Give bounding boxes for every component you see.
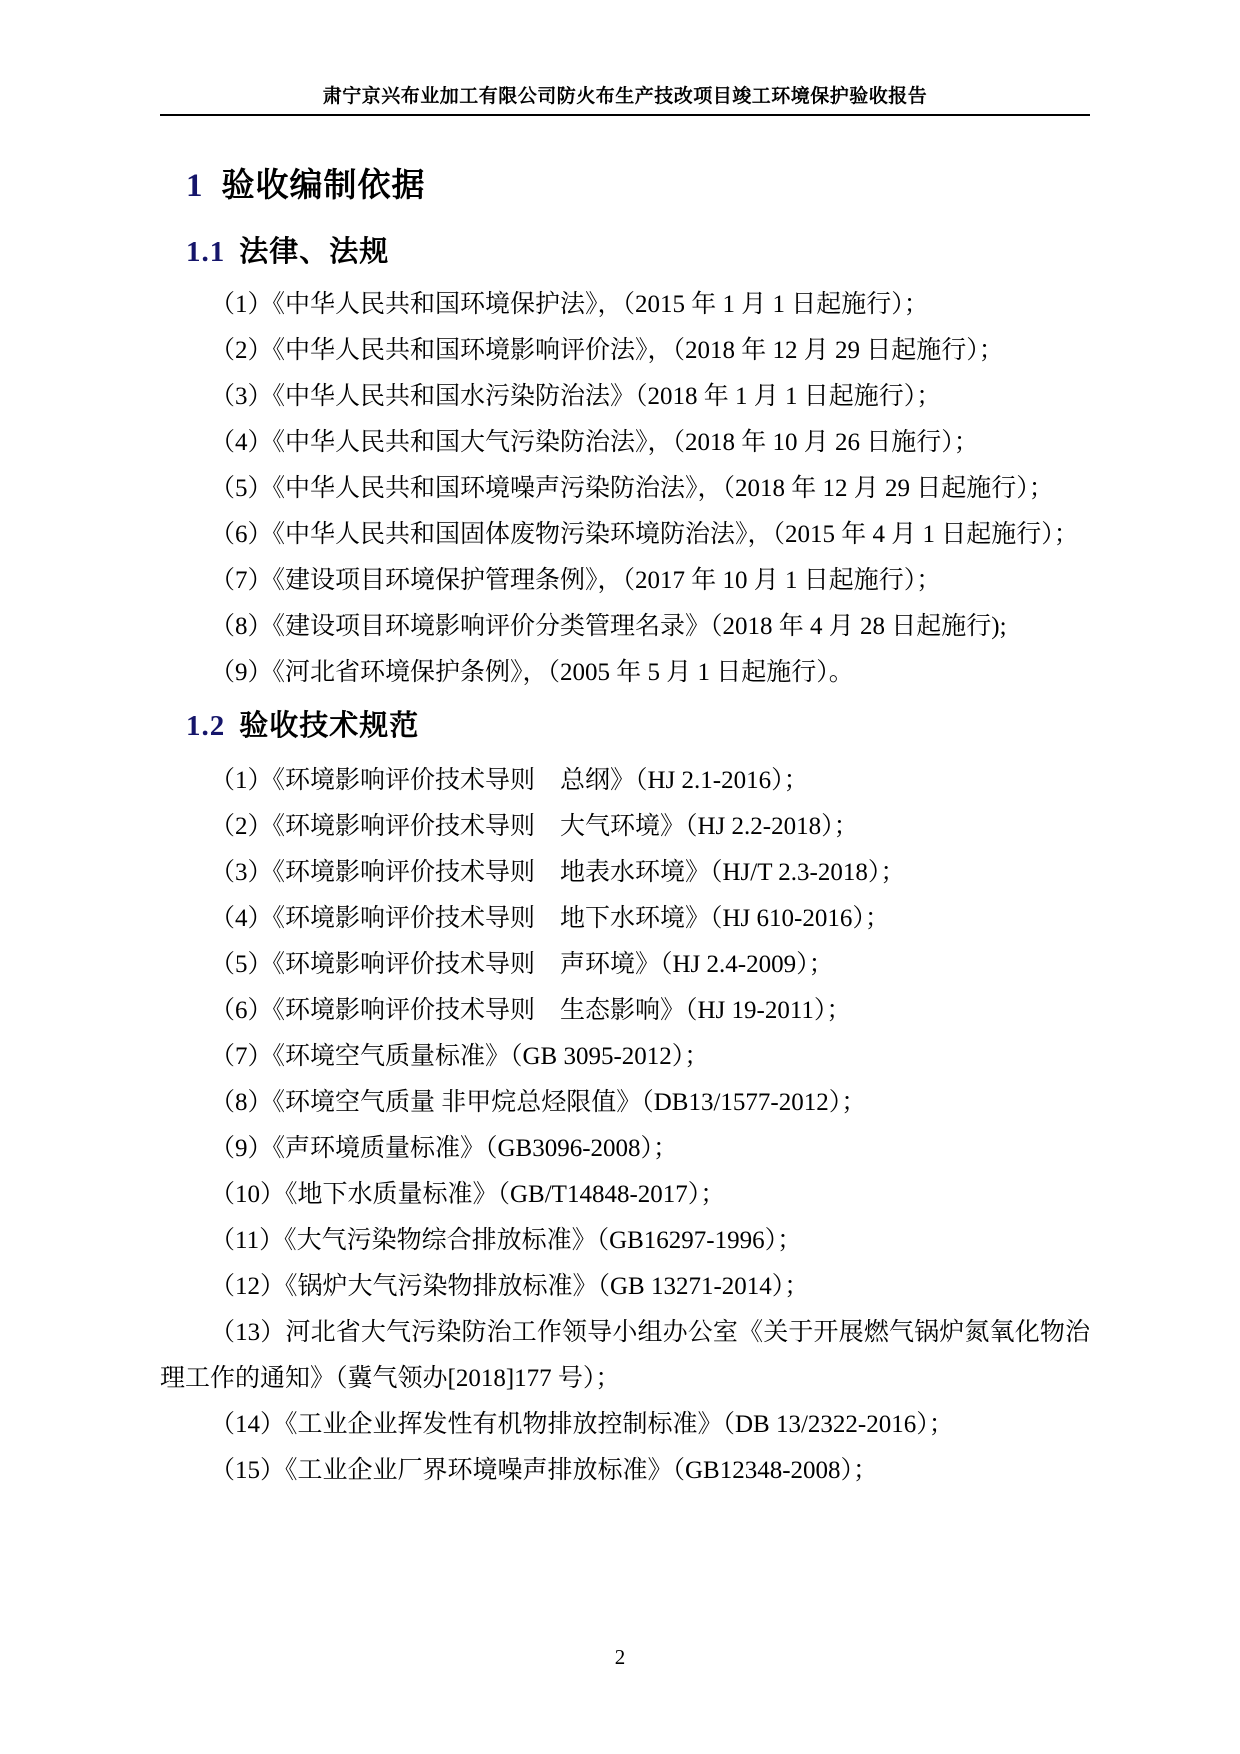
section-heading-1: 1验收编制依据 xyxy=(160,166,1090,206)
list-item: （7）《建设项目环境保护管理条例》，（2017 年 10 月 1 日起施行）； xyxy=(160,558,1090,604)
list-item: （5）《中华人民共和国环境噪声污染防治法》，（2018 年 12 月 29 日起… xyxy=(160,466,1090,512)
law-list: （1）《中华人民共和国环境保护法》，（2015 年 1 月 1 日起施行）；（2… xyxy=(160,282,1090,696)
list-item: （10）《地下水质量标准》（GB/T14848-2017）； xyxy=(160,1172,1090,1218)
list-item: （2）《环境影响评价技术导则 大气环境》（HJ 2.2-2018）； xyxy=(160,804,1090,850)
heading-number: 1 xyxy=(186,168,204,204)
list-item: （5）《环境影响评价技术导则 声环境》（HJ 2.4-2009）； xyxy=(160,942,1090,988)
list-item: （6）《环境影响评价技术导则 生态影响》（HJ 19-2011）； xyxy=(160,988,1090,1034)
list-item: （9）《河北省环境保护条例》，（2005 年 5 月 1 日起施行）。 xyxy=(160,650,1090,696)
running-header: 肃宁京兴布业加工有限公司防火布生产技改项目竣工环境保护验收报告 xyxy=(160,85,1090,116)
heading-title: 法律、法规 xyxy=(239,236,389,268)
list-item: （3）《中华人民共和国水污染防治法》（2018 年 1 月 1 日起施行）； xyxy=(160,374,1090,420)
heading-title: 验收技术规范 xyxy=(239,710,419,742)
list-item: （7）《环境空气质量标准》（GB 3095-2012）； xyxy=(160,1034,1090,1080)
page-content: 肃宁京兴布业加工有限公司防火布生产技改项目竣工环境保护验收报告 1验收编制依据 … xyxy=(160,85,1090,1494)
list-item: （6）《中华人民共和国固体废物污染环境防治法》，（2015 年 4 月 1 日起… xyxy=(160,512,1090,558)
list-item: （4）《环境影响评价技术导则 地下水环境》（HJ 610-2016）； xyxy=(160,896,1090,942)
list-item: （8）《建设项目环境影响评价分类管理名录》（2018 年 4 月 28 日起施行… xyxy=(160,604,1090,650)
list-item: （12）《锅炉大气污染物排放标准》（GB 13271-2014）； xyxy=(160,1264,1090,1310)
heading-number: 1.1 xyxy=(186,236,225,268)
section-heading-1-1: 1.1法律、法规 xyxy=(160,234,1090,270)
list-item: （15）《工业企业厂界环境噪声排放标准》（GB12348-2008）； xyxy=(160,1448,1090,1494)
list-item: （3）《环境影响评价技术导则 地表水环境》（HJ/T 2.3-2018）； xyxy=(160,850,1090,896)
list-item: （14）《工业企业挥发性有机物排放控制标准》（DB 13/2322-2016）； xyxy=(160,1402,1090,1448)
section-heading-1-2: 1.2验收技术规范 xyxy=(160,708,1090,744)
list-item: （8）《环境空气质量 非甲烷总烃限值》（DB13/1577-2012）； xyxy=(160,1080,1090,1126)
page-number: 2 xyxy=(0,1645,1240,1669)
document-page: 肃宁京兴布业加工有限公司防火布生产技改项目竣工环境保护验收报告 1验收编制依据 … xyxy=(0,0,1240,1754)
list-item: （1）《中华人民共和国环境保护法》，（2015 年 1 月 1 日起施行）； xyxy=(160,282,1090,328)
list-item: （13）河北省大气污染防治工作领导小组办公室《关于开展燃气锅炉氮氧化物治理工作的… xyxy=(160,1310,1090,1402)
list-item: （1）《环境影响评价技术导则 总纲》（HJ 2.1-2016）； xyxy=(160,758,1090,804)
standard-list: （1）《环境影响评价技术导则 总纲》（HJ 2.1-2016）；（2）《环境影响… xyxy=(160,758,1090,1494)
list-item: （9）《声环境质量标准》（GB3096-2008）； xyxy=(160,1126,1090,1172)
list-item: （2）《中华人民共和国环境影响评价法》，（2018 年 12 月 29 日起施行… xyxy=(160,328,1090,374)
list-item: （11）《大气污染物综合排放标准》（GB16297-1996）； xyxy=(160,1218,1090,1264)
heading-title: 验收编制依据 xyxy=(222,168,426,204)
heading-number: 1.2 xyxy=(186,710,225,742)
list-item: （4）《中华人民共和国大气污染防治法》，（2018 年 10 月 26 日施行）… xyxy=(160,420,1090,466)
